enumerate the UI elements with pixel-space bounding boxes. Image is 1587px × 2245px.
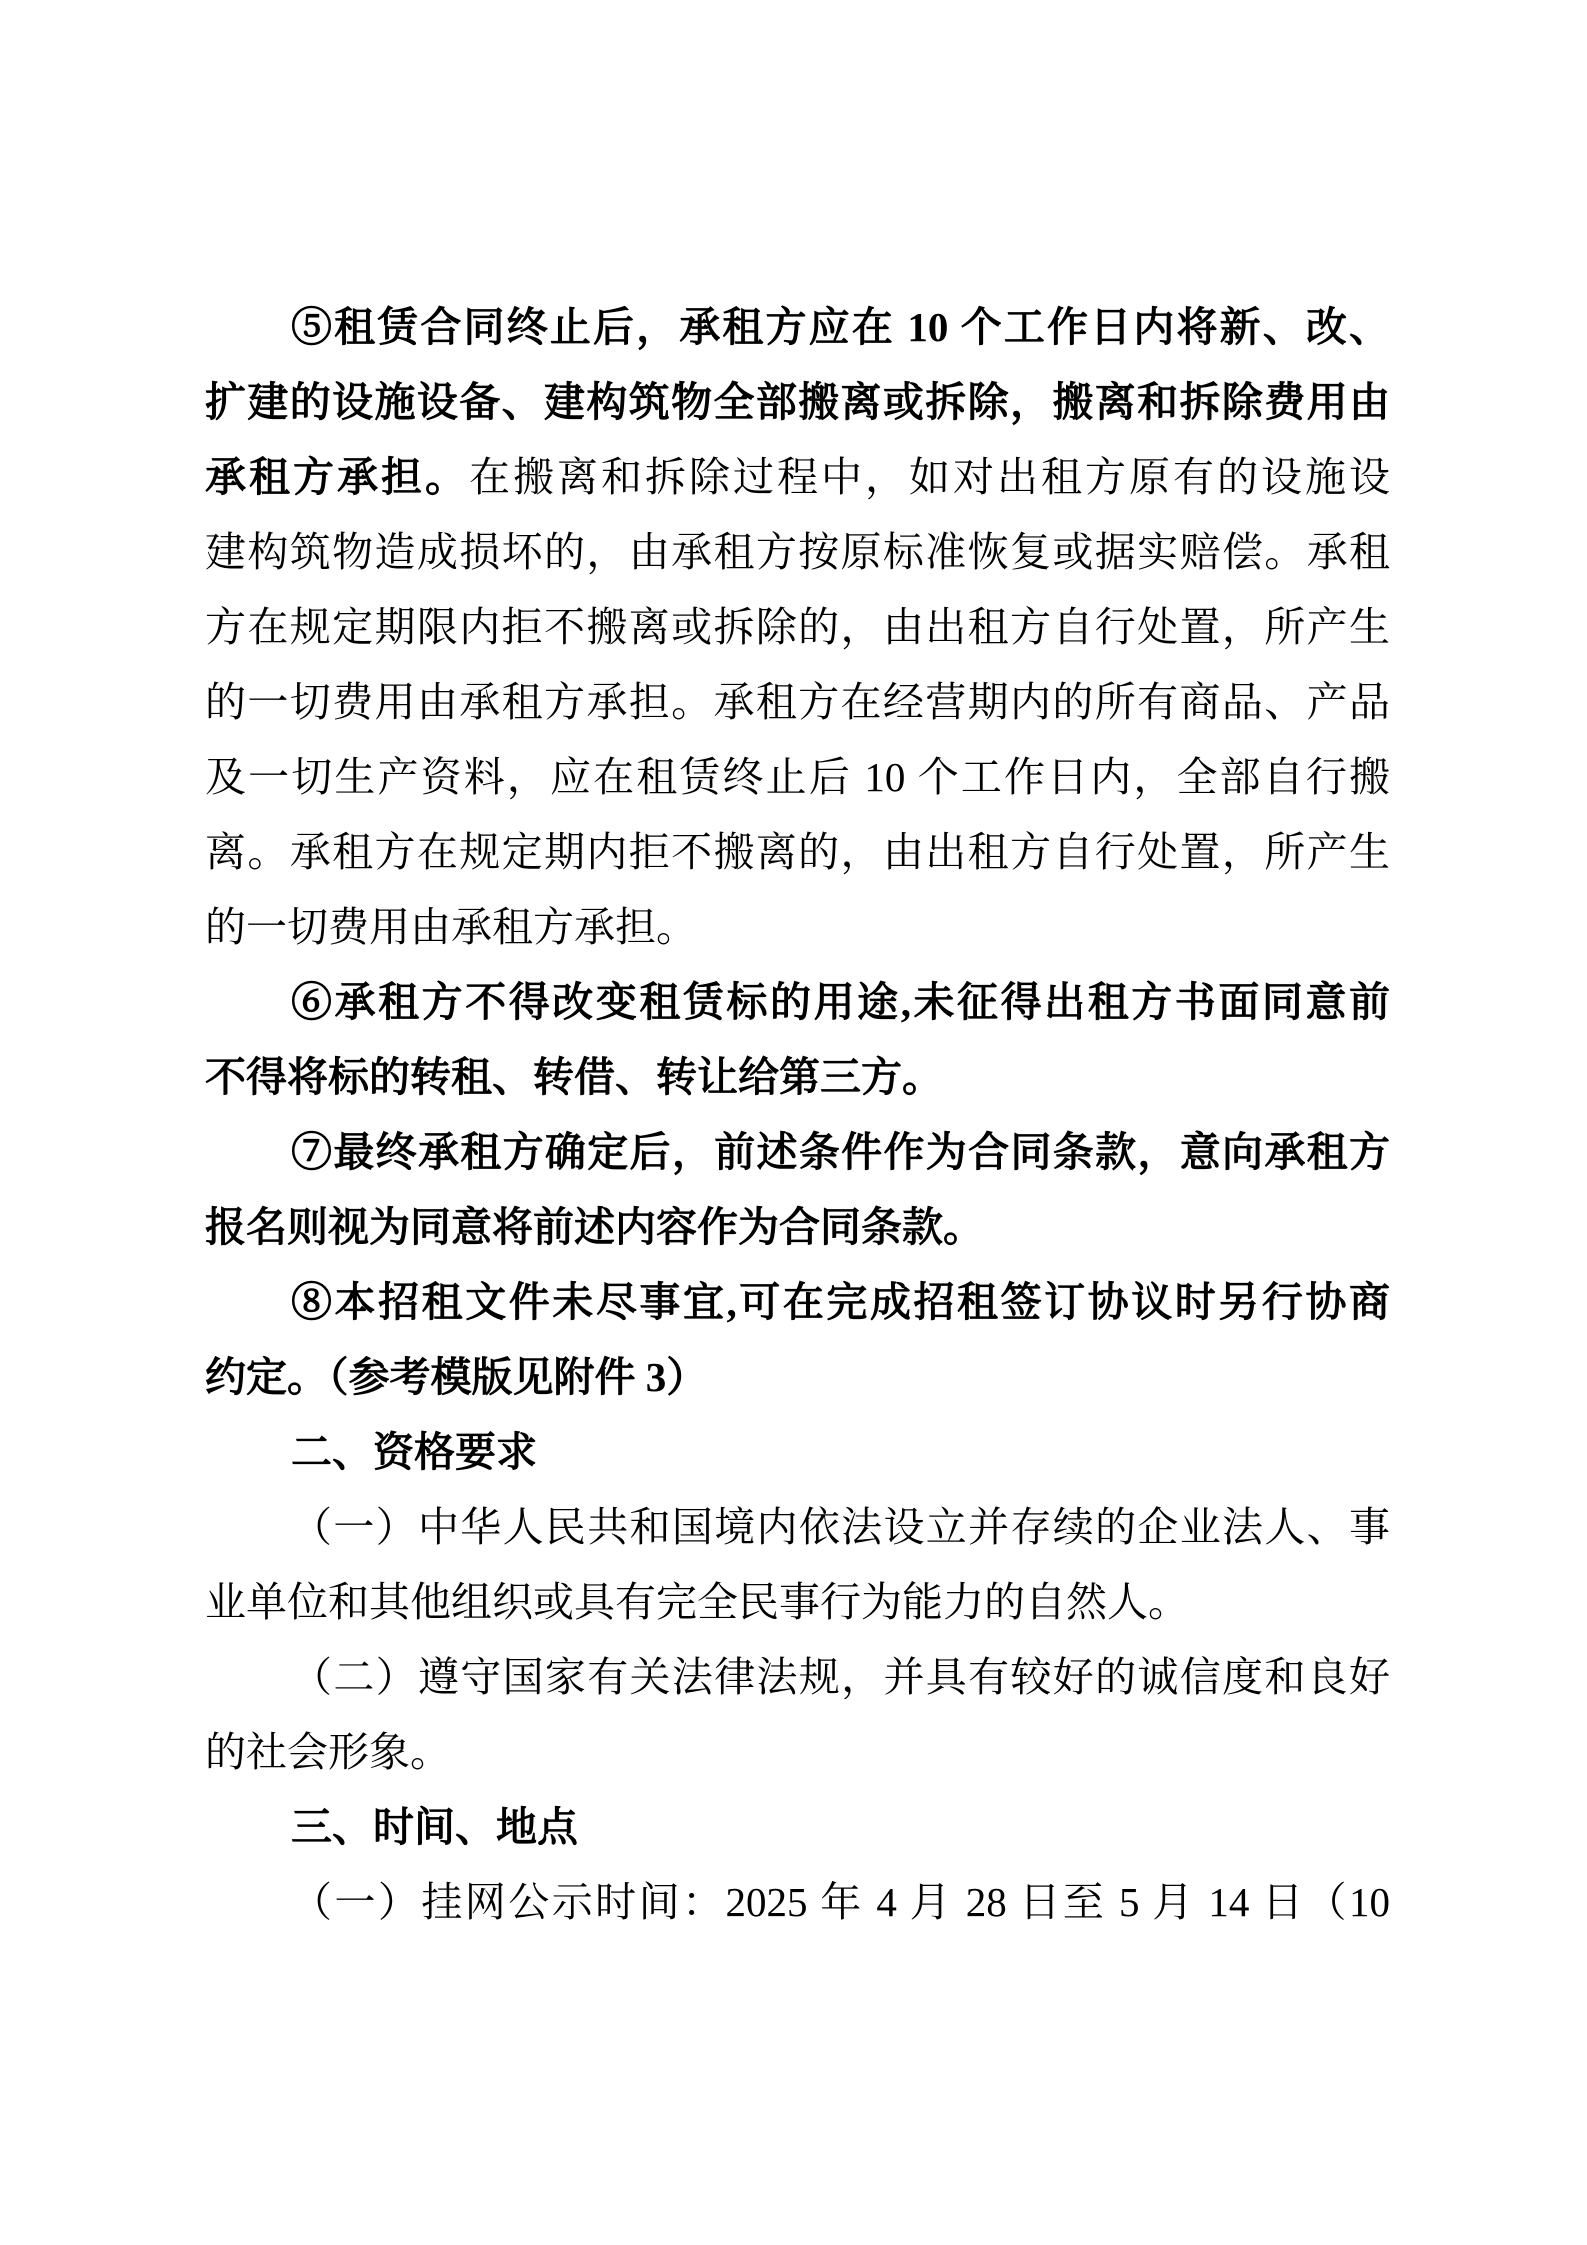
text-run: 业单位和其他组织或具有完全民事行为能力的自然人。 — [205, 1579, 1189, 1625]
text-line: ⑧本招租文件未尽事宜,可在完成招租签订协议时另行协商 — [205, 1265, 1390, 1340]
document-body: ⑤租赁合同终止后，承租方应在 10 个工作日内将新、改、扩建的设施设备、建构筑物… — [205, 290, 1390, 1940]
text-line: 的一切费用由承租方承担。承租方在经营期内的所有商品、产品 — [205, 665, 1390, 740]
text-run: 的一切费用由承租方承担。 — [205, 904, 697, 950]
text-line: ⑥承租方不得改变租赁标的用途,未征得出租方书面同意前 — [205, 965, 1390, 1040]
text-line: 约定。（参考模版见附件 3） — [205, 1340, 1390, 1415]
text-line: ⑤租赁合同终止后，承租方应在 10 个工作日内将新、改、 — [205, 290, 1390, 365]
text-run: 的一切费用由承租方承担。承租方在经营期内的所有商品、产品 — [205, 679, 1390, 725]
text-line: （二）遵守国家有关法律法规，并具有较好的诚信度和良好 — [205, 1640, 1390, 1715]
text-run: 扩建的设施设备、建构筑物全部搬离或拆除，搬离和拆除费用由 — [205, 379, 1390, 425]
text-run: 离。承租方在规定期内拒不搬离的，由出租方自行处置，所产生 — [205, 829, 1390, 875]
text-line: 方在规定期限内拒不搬离或拆除的，由出租方自行处置，所产生 — [205, 590, 1390, 665]
text-run: ⑧本招租文件未尽事宜,可在完成招租签订协议时另行协商 — [291, 1279, 1390, 1325]
text-line: 建构筑物造成损坏的，由承租方按原标准恢复或据实赔偿。承租 — [205, 515, 1390, 590]
text-run: 约定。（参考模版见附件 3） — [205, 1354, 707, 1400]
section-heading: 二、资格要求 — [205, 1415, 1390, 1490]
text-run: ⑤租赁合同终止后，承租方应在 10 个工作日内将新、改、 — [291, 304, 1390, 350]
section-heading: 三、时间、地点 — [205, 1790, 1390, 1865]
text-run: 建构筑物造成损坏的，由承租方按原标准恢复或据实赔偿。承租 — [205, 529, 1390, 575]
text-run: （一）挂网公示时间：2025 年 4 月 28 日至 5 月 14 日（10 — [291, 1879, 1390, 1925]
text-run: 方在规定期限内拒不搬离或拆除的，由出租方自行处置，所产生 — [205, 604, 1390, 650]
text-line: 不得将标的转租、转借、转让给第三方。 — [205, 1040, 1390, 1115]
text-run: 及一切生产资料，应在租赁终止后 10 个工作日内，全部自行搬 — [205, 754, 1390, 800]
text-line: 业单位和其他组织或具有完全民事行为能力的自然人。 — [205, 1565, 1390, 1640]
text-run: （一）中华人民共和国境内依法设立并存续的企业法人、事 — [291, 1504, 1390, 1550]
text-run: ⑦最终承租方确定后，前述条件作为合同条款，意向承租方 — [291, 1129, 1390, 1175]
text-run: 承租方承担。 — [205, 454, 469, 500]
text-line: 扩建的设施设备、建构筑物全部搬离或拆除，搬离和拆除费用由 — [205, 365, 1390, 440]
text-line: 的一切费用由承租方承担。 — [205, 890, 1390, 965]
text-run: 不得将标的转租、转借、转让给第三方。 — [205, 1054, 943, 1100]
text-run: 报名则视为同意将前述内容作为合同条款。 — [205, 1204, 984, 1250]
text-run: （二）遵守国家有关法律法规，并具有较好的诚信度和良好 — [291, 1654, 1390, 1700]
text-line: 及一切生产资料，应在租赁终止后 10 个工作日内，全部自行搬 — [205, 740, 1390, 815]
document-page: ⑤租赁合同终止后，承租方应在 10 个工作日内将新、改、扩建的设施设备、建构筑物… — [0, 0, 1587, 2245]
text-line: （一）挂网公示时间：2025 年 4 月 28 日至 5 月 14 日（10 — [205, 1865, 1390, 1940]
text-line: ⑦最终承租方确定后，前述条件作为合同条款，意向承租方 — [205, 1115, 1390, 1190]
text-run: 二、资格要求 — [291, 1429, 537, 1475]
text-run: 的社会形象。 — [205, 1729, 451, 1775]
text-run: 三、时间、地点 — [291, 1804, 578, 1850]
text-line: （一）中华人民共和国境内依法设立并存续的企业法人、事 — [205, 1490, 1390, 1565]
text-line: 报名则视为同意将前述内容作为合同条款。 — [205, 1190, 1390, 1265]
text-line: 承租方承担。在搬离和拆除过程中，如对出租方原有的设施设备、 — [205, 440, 1390, 515]
text-line: 离。承租方在规定期内拒不搬离的，由出租方自行处置，所产生 — [205, 815, 1390, 890]
text-run: ⑥承租方不得改变租赁标的用途,未征得出租方书面同意前 — [291, 979, 1390, 1025]
text-line: 的社会形象。 — [205, 1715, 1390, 1790]
